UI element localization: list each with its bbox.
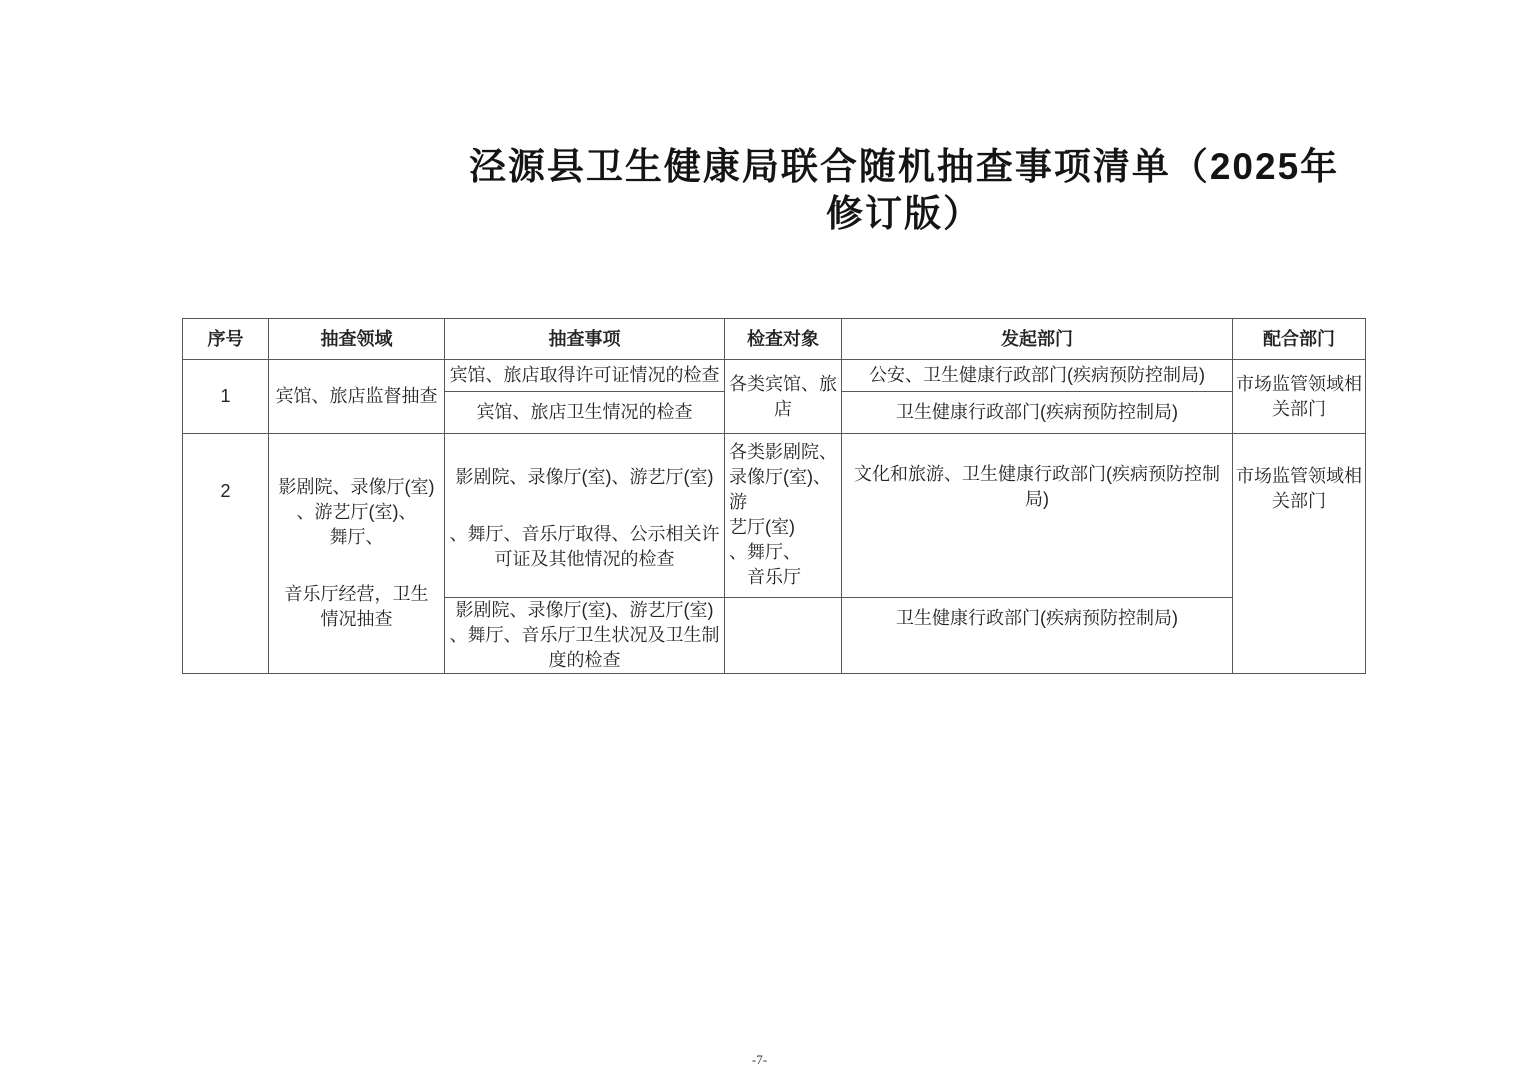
cell-initiator-1-2: 卫生健康行政部门(疾病预防控制局) xyxy=(842,392,1233,434)
page-title: 泾源县卫生健康局联合随机抽查事项清单（2025年 修订版） xyxy=(430,143,1378,237)
table-row: 2 影剧院、录像厅(室) 、游艺厅(室)、 舞厅、 音乐厅经营，卫生 情况抽查 … xyxy=(183,434,1366,598)
cell-initiator-1-1: 公安、卫生健康行政部门(疾病预防控制局) xyxy=(842,360,1233,392)
col-header-cooperator: 配合部门 xyxy=(1233,319,1366,360)
cell-field-2: 影剧院、录像厅(室) 、游艺厅(室)、 舞厅、 音乐厅经营，卫生 情况抽查 xyxy=(269,434,445,674)
table-header-row: 序号 抽查领域 抽查事项 检查对象 发起部门 配合部门 xyxy=(183,319,1366,360)
cell-item-1-2: 宾馆、旅店卫生情况的检查 xyxy=(445,392,725,434)
col-header-field: 抽查领域 xyxy=(269,319,445,360)
field-2-para-1: 影剧院、录像厅(室) 、游艺厅(室)、 舞厅、 xyxy=(271,475,442,550)
page-title-line-2: 修订版） xyxy=(430,190,1378,237)
field-2-para-2: 音乐厅经营，卫生 情况抽查 xyxy=(271,582,442,632)
cell-item-1-1: 宾馆、旅店取得许可证情况的检查 xyxy=(445,360,725,392)
document-page: 泾源县卫生健康局联合随机抽查事项清单（2025年 修订版） 序号 抽查领域 抽查… xyxy=(0,0,1519,1075)
col-header-target: 检查对象 xyxy=(725,319,842,360)
page-title-line-1: 泾源县卫生健康局联合随机抽查事项清单（2025年 xyxy=(430,143,1378,190)
inspection-items-table: 序号 抽查领域 抽查事项 检查对象 发起部门 配合部门 1 宾馆、旅店监督抽查 … xyxy=(182,318,1366,674)
cell-item-2-2: 影剧院、录像厅(室)、游艺厅(室) 、舞厅、音乐厅卫生状况及卫生制 度的检查 xyxy=(445,598,725,674)
cell-target-2: 各类影剧院、 录像厅(室)、游 艺厅(室) 、舞厅、 音乐厅 xyxy=(725,434,842,598)
cell-initiator-2-2: 卫生健康行政部门(疾病预防控制局) xyxy=(842,598,1233,674)
cell-cooperator-1: 市场监管领域相 关部门 xyxy=(1233,360,1366,434)
cell-field-1: 宾馆、旅店监督抽查 xyxy=(269,360,445,434)
item-2-1-para-1: 影剧院、录像厅(室)、游艺厅(室) xyxy=(447,465,722,490)
item-2-1-para-2: 、舞厅、音乐厅取得、公示相关许 可证及其他情况的检查 xyxy=(447,522,722,572)
page-number: -7- xyxy=(0,1052,1519,1068)
cell-item-2-1: 影剧院、录像厅(室)、游艺厅(室) 、舞厅、音乐厅取得、公示相关许 可证及其他情… xyxy=(445,434,725,598)
cell-initiator-2-1: 文化和旅游、卫生健康行政部门(疾病预防控制 局) xyxy=(842,434,1233,598)
cell-target-2-empty xyxy=(725,598,842,674)
cell-serial-2: 2 xyxy=(183,434,269,674)
cell-serial-1: 1 xyxy=(183,360,269,434)
table-row: 1 宾馆、旅店监督抽查 宾馆、旅店取得许可证情况的检查 各类宾馆、旅 店 公安、… xyxy=(183,360,1366,392)
col-header-serial: 序号 xyxy=(183,319,269,360)
col-header-items: 抽查事项 xyxy=(445,319,725,360)
cell-cooperator-2: 市场监管领域相 关部门 xyxy=(1233,434,1366,674)
col-header-initiator: 发起部门 xyxy=(842,319,1233,360)
cell-target-1: 各类宾馆、旅 店 xyxy=(725,360,842,434)
